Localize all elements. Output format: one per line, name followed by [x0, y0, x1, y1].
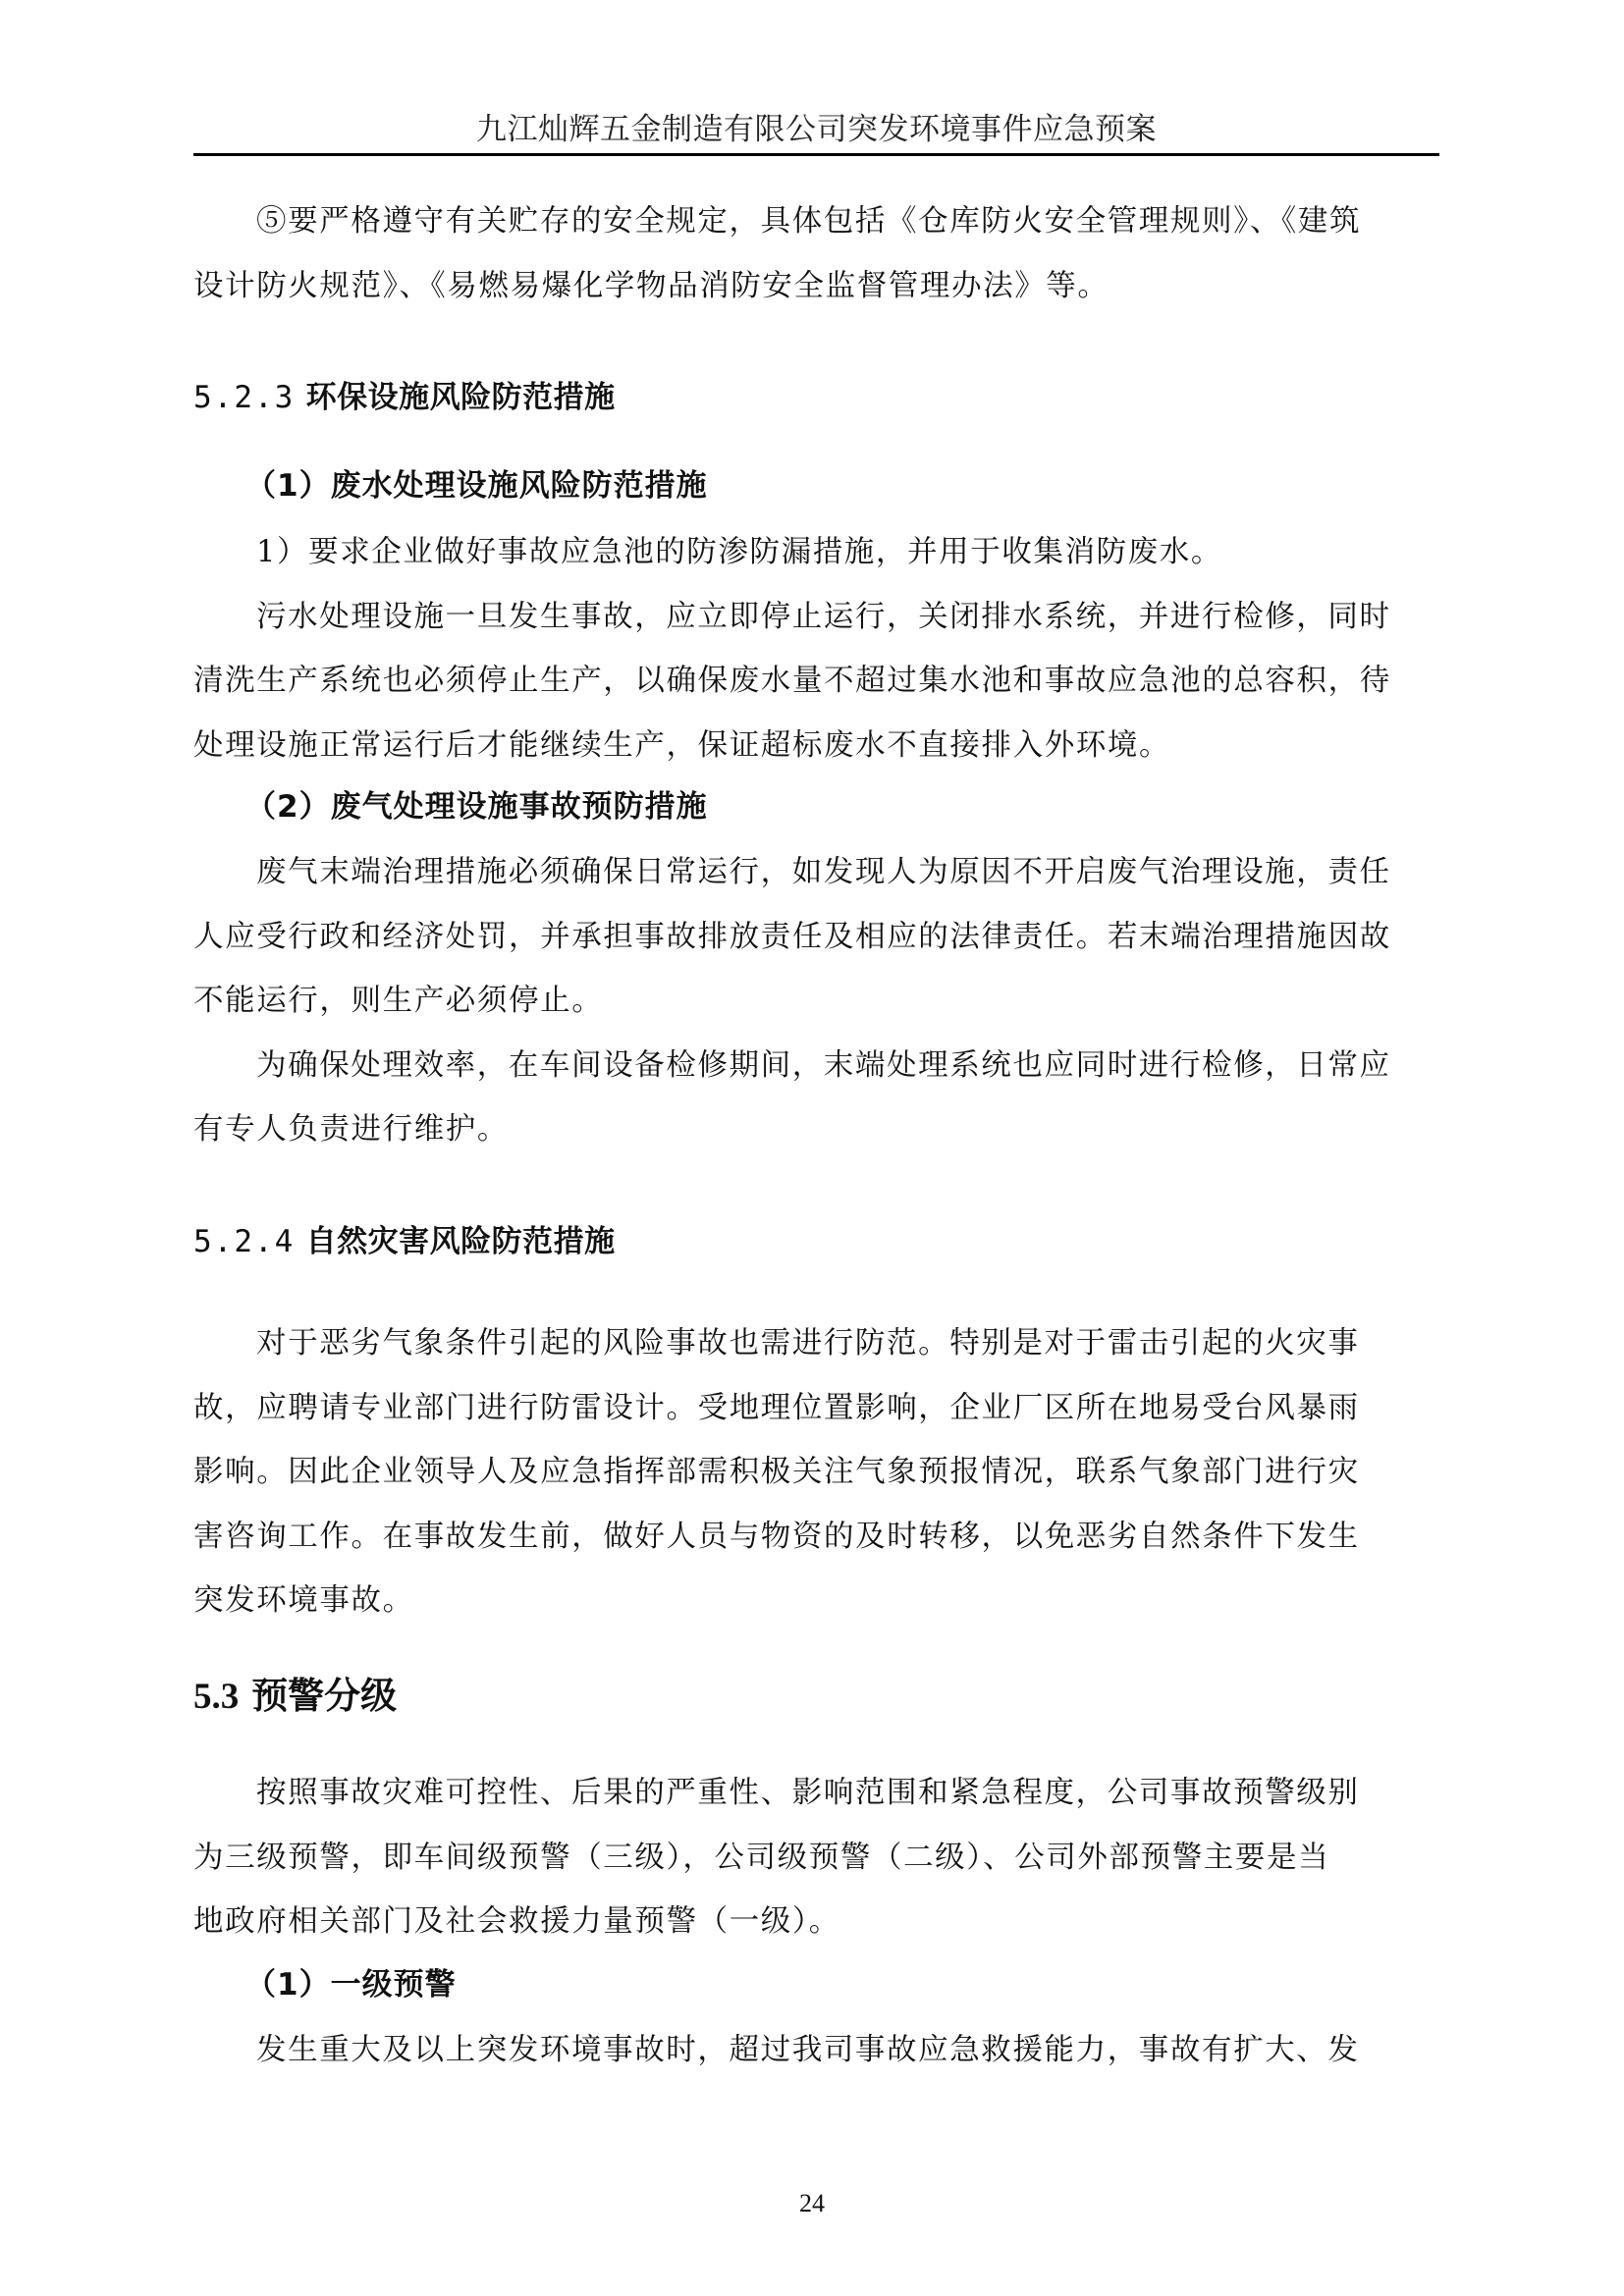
header-divider	[193, 153, 1439, 156]
paragraph-line: 发生重大及以上突发环境事故时，超过我司事故应急救援能力，事故有扩大、发	[193, 2018, 1439, 2083]
paragraph-line: 对于恶劣气象条件引起的风险事故也需进行防范。特别是对于雷击引起的火灾事	[193, 1311, 1439, 1376]
paragraph-line: 废气末端治理措施必须确保日常运行，如发现人为原因不开启废气治理设施，责任	[193, 840, 1439, 905]
heading-5-3: 5.3 预警分级	[193, 1674, 397, 1720]
section-title: 自然灾害风险防范措施	[306, 1224, 616, 1259]
paragraph-line: 清洗生产系统也必须停止生产，以确保废水量不超过集水池和事故应急池的总容积，待	[193, 649, 1439, 714]
subheading-level-one-warning: （1）一级预警	[245, 1965, 457, 2004]
paragraph-line: 突发环境事故。	[193, 1569, 1439, 1633]
page-number: 24	[0, 2189, 1624, 2218]
subheading-exhaust-gas: （2）废气处理设施事故预防措施	[245, 787, 708, 827]
paragraph-line: 按照事故灾难可控性、后果的严重性、影响范围和紧急程度，公司事故预警级别	[193, 1761, 1439, 1826]
paragraph-level-one-warning: 发生重大及以上突发环境事故时，超过我司事故应急救援能力，事故有扩大、发	[193, 2018, 1439, 2083]
paragraph-line: 污水处理设施一旦发生事故，应立即停止运行，关闭排水系统，并进行检修，同时	[193, 585, 1439, 650]
paragraph-line: 不能运行，则生产必须停止。	[193, 969, 1439, 1034]
paragraph-line: 地政府相关部门及社会救援力量预警（一级）。	[193, 1890, 1439, 1954]
paragraph-line: 为三级预警，即车间级预警（三级），公司级预警（二级）、公司外部预警主要是当	[193, 1826, 1439, 1891]
paragraph-line: 设计防火规范》、《易燃易爆化学物品消防安全监督管理办法》等。	[193, 254, 1439, 319]
paragraph-natural-disaster: 对于恶劣气象条件引起的风险事故也需进行防范。特别是对于雷击引起的火灾事 故，应聘…	[193, 1311, 1439, 1633]
paragraph-exhaust-gas: 废气末端治理措施必须确保日常运行，如发现人为原因不开启废气治理设施，责任 人应受…	[193, 840, 1439, 1162]
section-number: 5.2.4	[193, 1224, 295, 1259]
paragraph-line: ⑤要严格遵守有关贮存的安全规定，具体包括《仓库防火安全管理规则》、《建筑	[193, 189, 1439, 254]
subheading-wastewater: （1）废水处理设施风险防范措施	[245, 466, 708, 506]
paragraph-wastewater: 1）要求企业做好事故应急池的防渗防漏措施，并用于收集消防废水。 污水处理设施一旦…	[193, 520, 1439, 777]
section-number: 5.3	[193, 1677, 239, 1717]
paragraph-warning-levels: 按照事故灾难可控性、后果的严重性、影响范围和紧急程度，公司事故预警级别 为三级预…	[193, 1761, 1439, 1954]
paragraph-line: 害咨询工作。在事故发生前，做好人员与物资的及时转移，以免恶劣自然条件下发生	[193, 1505, 1439, 1570]
paragraph-line: 1）要求企业做好事故应急池的防渗防漏措施，并用于收集消防废水。	[193, 520, 1439, 585]
section-title: 预警分级	[251, 1675, 397, 1717]
paragraph-line: 故，应聘请专业部门进行防雷设计。受地理位置影响，企业厂区所在地易受台风暴雨	[193, 1376, 1439, 1441]
paragraph-line: 人应受行政和经济处罚，并承担事故排放责任及相应的法律责任。若末端治理措施因故	[193, 905, 1439, 970]
heading-5-2-4: 5.2.4 自然灾害风险防范措施	[193, 1222, 616, 1261]
page-header-title: 九江灿辉五金制造有限公司突发环境事件应急预案	[193, 110, 1439, 149]
paragraph-line: 为确保处理效率，在车间设备检修期间，末端处理系统也应同时进行检修，日常应	[193, 1034, 1439, 1098]
paragraph-line: 影响。因此企业领导人及应急指挥部需积极关注气象预报情况，联系气象部门进行灾	[193, 1440, 1439, 1505]
paragraph-storage-rules: ⑤要严格遵守有关贮存的安全规定，具体包括《仓库防火安全管理规则》、《建筑 设计防…	[193, 189, 1439, 318]
heading-5-2-3: 5.2.3 环保设施风险防范措施	[193, 378, 616, 417]
section-title: 环保设施风险防范措施	[306, 380, 616, 415]
section-number: 5.2.3	[193, 380, 295, 415]
paragraph-line: 有专人负责进行维护。	[193, 1097, 1439, 1162]
paragraph-line: 处理设施正常运行后才能继续生产，保证超标废水不直接排入外环境。	[193, 714, 1439, 778]
